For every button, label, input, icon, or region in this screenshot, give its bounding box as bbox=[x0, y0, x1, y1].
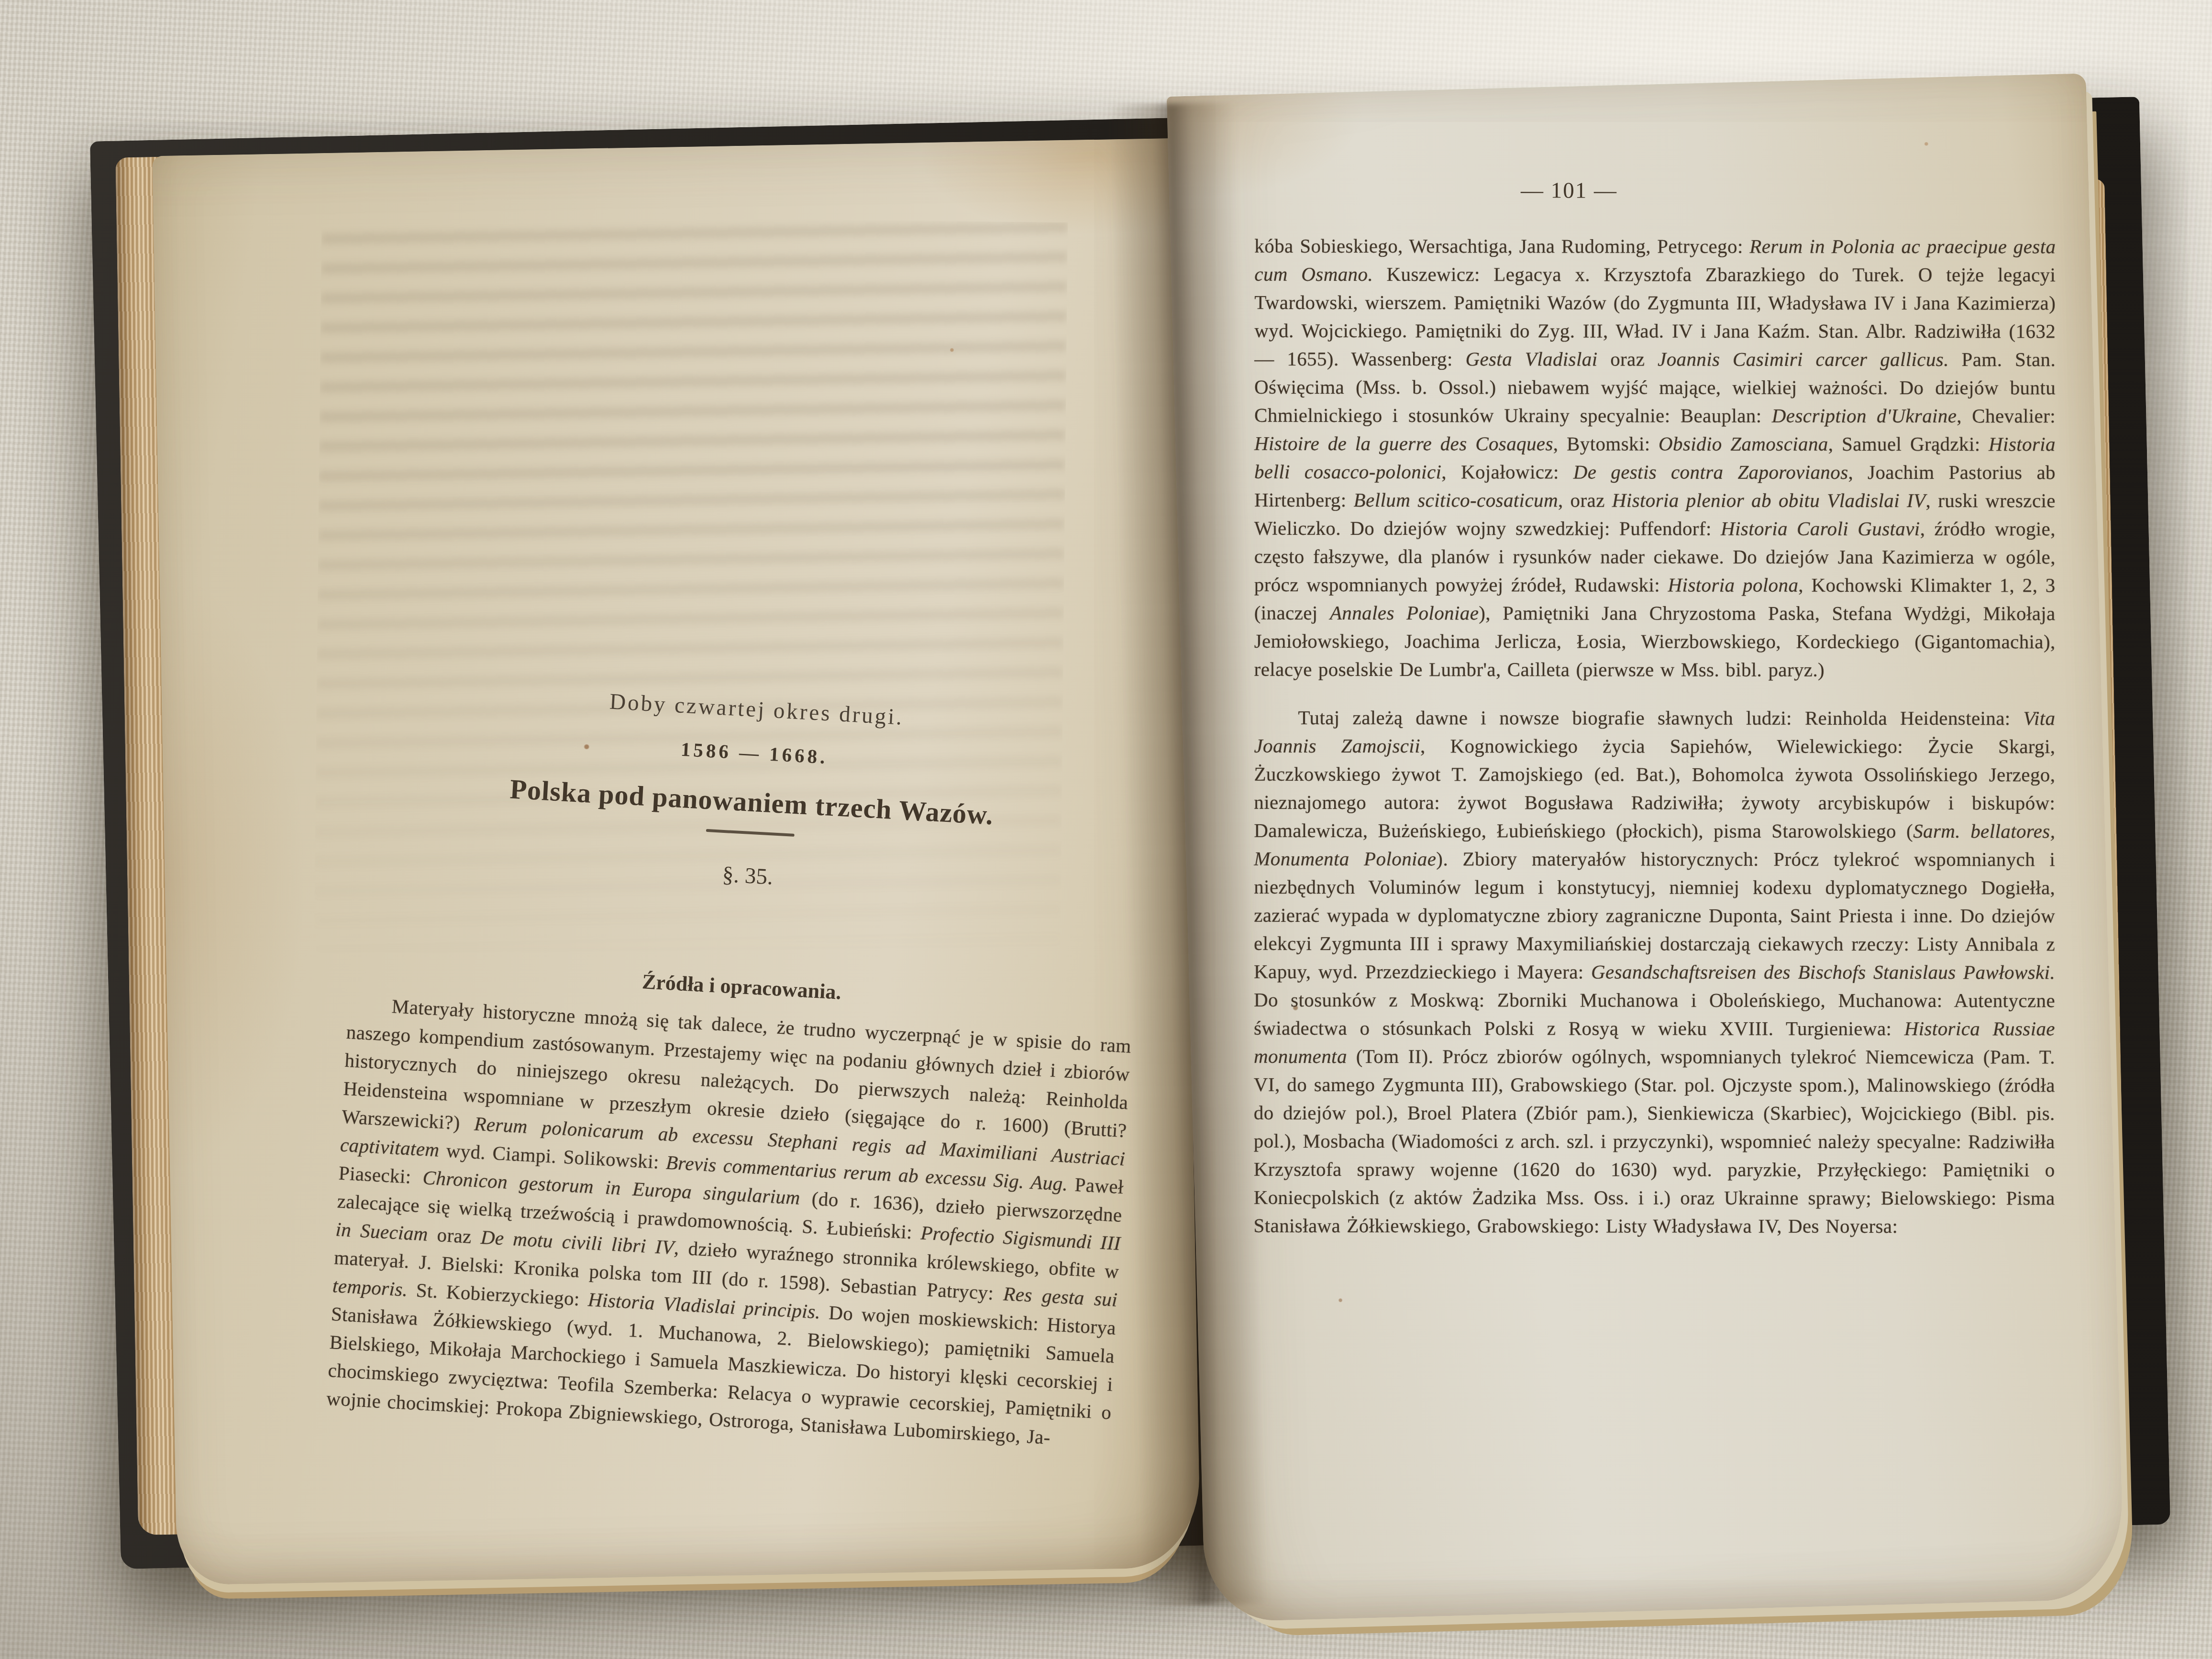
left-page: Doby czwartej okres drugi. 1586 — 1668. … bbox=[152, 138, 1201, 1585]
left-page-content: Doby czwartej okres drugi. 1586 — 1668. … bbox=[326, 675, 1149, 1455]
section-number: §. 35. bbox=[355, 841, 1140, 910]
open-book: Doby czwartej okres drugi. 1586 — 1668. … bbox=[11, 20, 2189, 1650]
photo-scene: Doby czwartej okres drugi. 1586 — 1668. … bbox=[0, 0, 2212, 1659]
right-page-content: — 101 — kóba Sobieskiego, Wersachtiga, J… bbox=[1254, 177, 2056, 1240]
foxing-spot bbox=[1924, 142, 1929, 146]
sources-continuation-paragraph: kóba Sobieskiego, Wersachtiga, Jana Rudo… bbox=[1254, 232, 2056, 684]
foxing-spot bbox=[950, 348, 954, 352]
foxing-spot bbox=[1338, 1298, 1342, 1302]
biographies-paragraph: Tutaj zależą dawne i nowsze biografie sł… bbox=[1254, 704, 2056, 1240]
right-page: — 101 — kóba Sobieskiego, Wersachtiga, J… bbox=[1167, 73, 2124, 1622]
divider-rule bbox=[706, 829, 794, 837]
sources-paragraph: Materyały historyczne mnożą się tak dale… bbox=[326, 990, 1132, 1455]
page-number: — 101 — bbox=[1254, 177, 1883, 204]
